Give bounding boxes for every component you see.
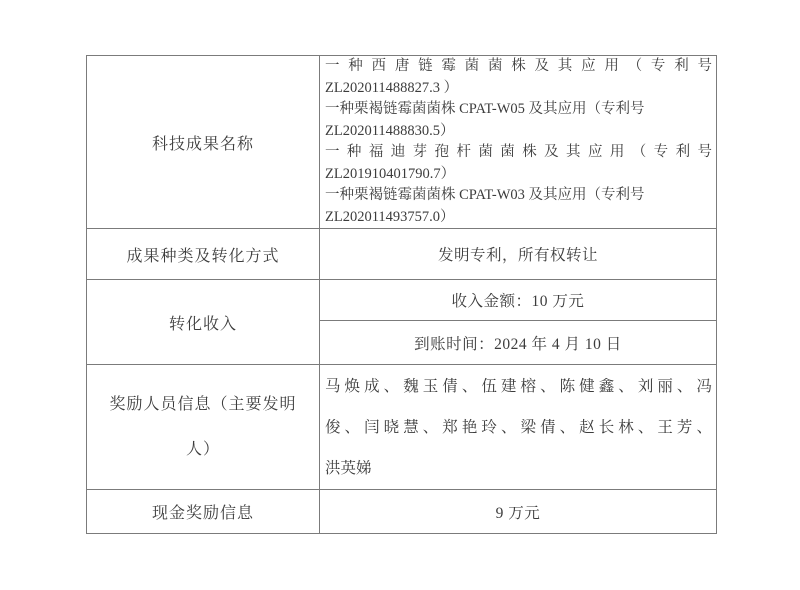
names-line: 洪英娣 [325, 448, 712, 489]
patent-number-line: ZL202011488827.3 ） [325, 78, 712, 100]
patent-number-line: ZL202011488830.5） [325, 121, 712, 143]
names-line: 俊、闫晓慧、郑艳玲、梁倩、赵长林、王芳、 [325, 407, 712, 448]
row-cash-award: 现金奖励信息 9 万元 [87, 490, 716, 533]
awarded-personnel-label-line1: 奖励人员信息（主要发明 [109, 382, 296, 427]
patent-number-line: ZL202011493757.0） [325, 207, 712, 229]
patent-number-line: ZL201910401790.7） [325, 164, 712, 186]
achievement-table: 科技成果名称 一种西唐链霉菌菌株及其应用（专利号 ZL202011488827.… [86, 55, 717, 534]
patent-line: 一种福迪芽孢杆菌菌株及其应用（专利号 [325, 142, 712, 164]
patent-line: 一种栗褐链霉菌菌株 CPAT-W03 及其应用（专利号 [325, 185, 712, 207]
conversion-income-label: 转化收入 [87, 280, 320, 364]
row-conversion-income: 转化收入 收入金额：10 万元 到账时间：2024 年 4 月 10 日 [87, 280, 716, 365]
document-page: 科技成果名称 一种西唐链霉菌菌株及其应用（专利号 ZL202011488827.… [0, 0, 800, 590]
achievement-name-label: 科技成果名称 [87, 56, 320, 228]
names-line: 马焕成、魏玉倩、伍建榕、陈健鑫、刘丽、冯 [325, 366, 712, 407]
row-achievement-name: 科技成果名称 一种西唐链霉菌菌株及其应用（专利号 ZL202011488827.… [87, 56, 716, 229]
patent-line: 一种栗褐链霉菌菌株 CPAT-W05 及其应用（专利号 [325, 99, 712, 121]
achievement-type-value: 发明专利，所有权转让 [320, 229, 716, 279]
row-awarded-personnel: 奖励人员信息（主要发明 人） 马焕成、魏玉倩、伍建榕、陈健鑫、刘丽、冯 俊、闫晓… [87, 365, 716, 490]
conversion-income-content: 收入金额：10 万元 到账时间：2024 年 4 月 10 日 [320, 280, 716, 364]
patent-line: 一种西唐链霉菌菌株及其应用（专利号 [325, 56, 712, 78]
cash-award-label: 现金奖励信息 [87, 490, 320, 533]
achievement-name-content: 一种西唐链霉菌菌株及其应用（专利号 ZL202011488827.3 ） 一种栗… [320, 56, 716, 228]
awarded-personnel-names: 马焕成、魏玉倩、伍建榕、陈健鑫、刘丽、冯 俊、闫晓慧、郑艳玲、梁倩、赵长林、王芳… [320, 365, 716, 489]
income-amount: 收入金额：10 万元 [320, 280, 716, 321]
achievement-type-label: 成果种类及转化方式 [87, 229, 320, 279]
cash-award-value: 9 万元 [320, 490, 716, 533]
awarded-personnel-label: 奖励人员信息（主要发明 人） [87, 365, 320, 489]
awarded-personnel-label-line2: 人） [186, 427, 220, 472]
row-achievement-type: 成果种类及转化方式 发明专利，所有权转让 [87, 229, 716, 280]
income-arrival-date: 到账时间：2024 年 4 月 10 日 [320, 321, 716, 364]
